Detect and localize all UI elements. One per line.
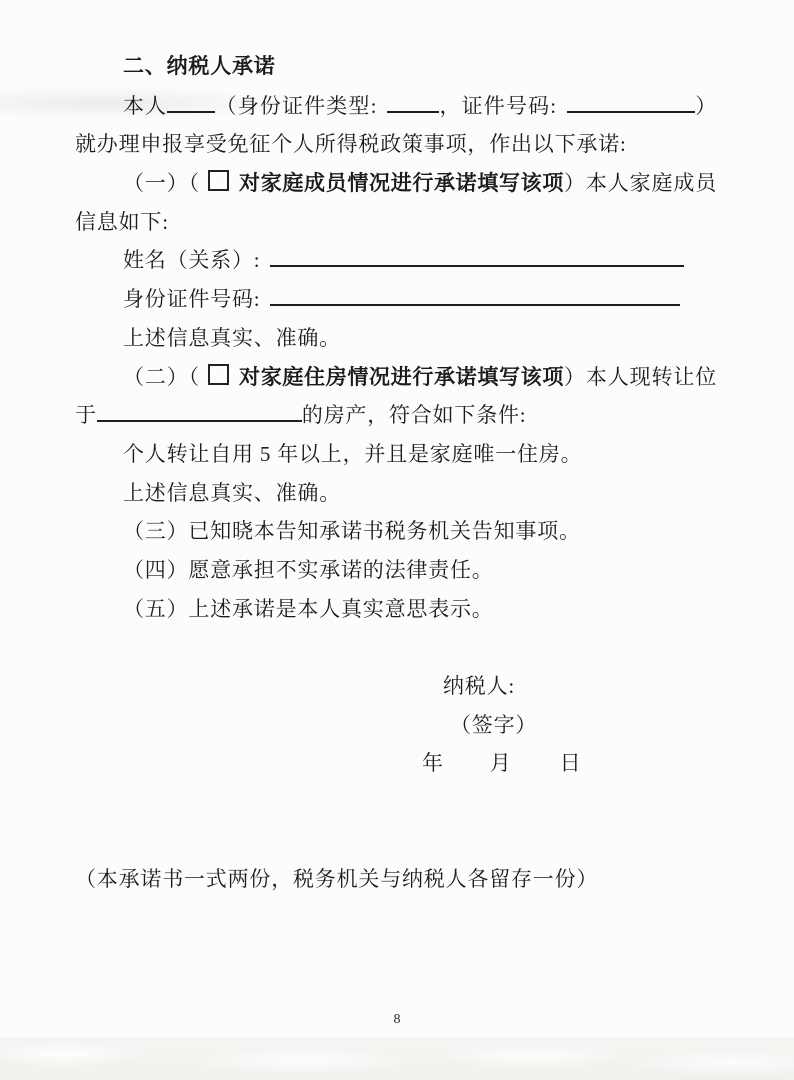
item2-confirm-text: 上述信息真实、准确。 xyxy=(123,481,341,505)
id-type-blank-field xyxy=(387,107,439,113)
intro-line-2-text: 就办理申报享受免征个人所得税政策事项，作出以下承诺: xyxy=(75,132,627,156)
item3-text: （三）已知晓本告知承诺书税务机关告知事项。 xyxy=(123,519,581,543)
item2-wrap-post: 的房产，符合如下条件: xyxy=(302,403,527,427)
item2-condition: 个人转让自用 5 年以上，并且是家庭唯一住房。 xyxy=(75,435,717,474)
item1-suffix: ）本人家庭成员 xyxy=(564,171,717,195)
item2-prefix: （二）（ xyxy=(123,365,200,389)
taxpayer-label: 纳税人: xyxy=(443,674,515,698)
id-type-label: （身份证件类型: xyxy=(215,94,377,118)
signature-taxpayer-row: 纳税人: xyxy=(75,667,717,706)
item2-bold-note: 对家庭住房情况进行承诺填写该项 xyxy=(239,366,564,389)
spacer-line xyxy=(75,783,717,822)
spacer-line xyxy=(75,822,717,861)
family-id-label: 身份证件号码: xyxy=(123,287,260,311)
intro-line-2: 就办理申报享受免征个人所得税政策事项，作出以下承诺: xyxy=(75,125,717,164)
section-heading-text: 二、纳税人承诺 xyxy=(123,55,276,78)
item5-line: （五）上述承诺是本人真实意思表示。 xyxy=(75,590,717,629)
day-label: 日 xyxy=(560,751,582,775)
id-number-blank-field xyxy=(567,107,695,113)
name-blank-field xyxy=(167,107,215,113)
id-number-label: ，证件号码: xyxy=(439,94,557,118)
intro-pre-text: 本人 xyxy=(123,94,167,118)
family-name-row: 姓名（关系）: xyxy=(75,241,717,280)
family-id-row: 身份证件号码: xyxy=(75,280,717,319)
checkbox-icon xyxy=(208,170,229,191)
item2-wrap-pre: 于 xyxy=(75,403,97,427)
commitment-document: 二、纳税人承诺 本人（身份证件类型:，证件号码:） 就办理申报享受免征个人所得税… xyxy=(75,48,717,899)
checkbox-icon xyxy=(208,364,229,385)
item1-confirm-text: 上述信息真实、准确。 xyxy=(123,326,341,350)
item1-line-2: 信息如下: xyxy=(75,203,717,242)
signature-hint-row: （签字） xyxy=(75,706,717,745)
item2-suffix: ）本人现转让位 xyxy=(564,365,717,389)
footer-note-text: （本承诺书一式两份，税务机关与纳税人各留存一份） xyxy=(75,867,598,891)
intro-line-1: 本人（身份证件类型:，证件号码:） xyxy=(75,87,717,126)
item5-text: （五）上述承诺是本人真实意思表示。 xyxy=(123,597,494,621)
item1-bold-note: 对家庭成员情况进行承诺填写该项 xyxy=(239,172,564,195)
property-location-blank-field xyxy=(97,416,302,422)
page-number: 8 xyxy=(0,1012,794,1028)
item2-line-2: 于的房产，符合如下条件: xyxy=(75,396,717,435)
scan-edge-artifact xyxy=(0,1037,794,1080)
family-id-blank-field xyxy=(270,300,680,306)
item1-wrap-text: 信息如下: xyxy=(75,210,169,234)
item4-text: （四）愿意承担不实承诺的法律责任。 xyxy=(123,558,494,582)
spacer-line xyxy=(75,628,717,667)
section-heading: 二、纳税人承诺 xyxy=(75,48,717,87)
item1-prefix: （一）（ xyxy=(123,171,200,195)
item4-line: （四）愿意承担不实承诺的法律责任。 xyxy=(75,551,717,590)
month-label: 月 xyxy=(490,751,512,775)
signature-date-row: 年月日 xyxy=(75,744,717,783)
family-name-blank-field xyxy=(270,261,684,267)
item1-confirm: 上述信息真实、准确。 xyxy=(75,319,717,358)
item2-confirm: 上述信息真实、准确。 xyxy=(75,474,717,513)
footer-note: （本承诺书一式两份，税务机关与纳税人各留存一份） xyxy=(75,860,717,899)
family-name-label: 姓名（关系）: xyxy=(123,248,260,272)
item2-line-1: （二）（对家庭住房情况进行承诺填写该项）本人现转让位 xyxy=(75,358,717,397)
item2-condition-text: 个人转让自用 5 年以上，并且是家庭唯一住房。 xyxy=(123,442,582,466)
item3-line: （三）已知晓本告知承诺书税务机关告知事项。 xyxy=(75,512,717,551)
intro-close-paren: ） xyxy=(695,94,717,118)
signature-hint-label: （签字） xyxy=(450,713,537,737)
item1-line-1: （一）（对家庭成员情况进行承诺填写该项）本人家庭成员 xyxy=(75,164,717,203)
year-label: 年 xyxy=(422,751,444,775)
